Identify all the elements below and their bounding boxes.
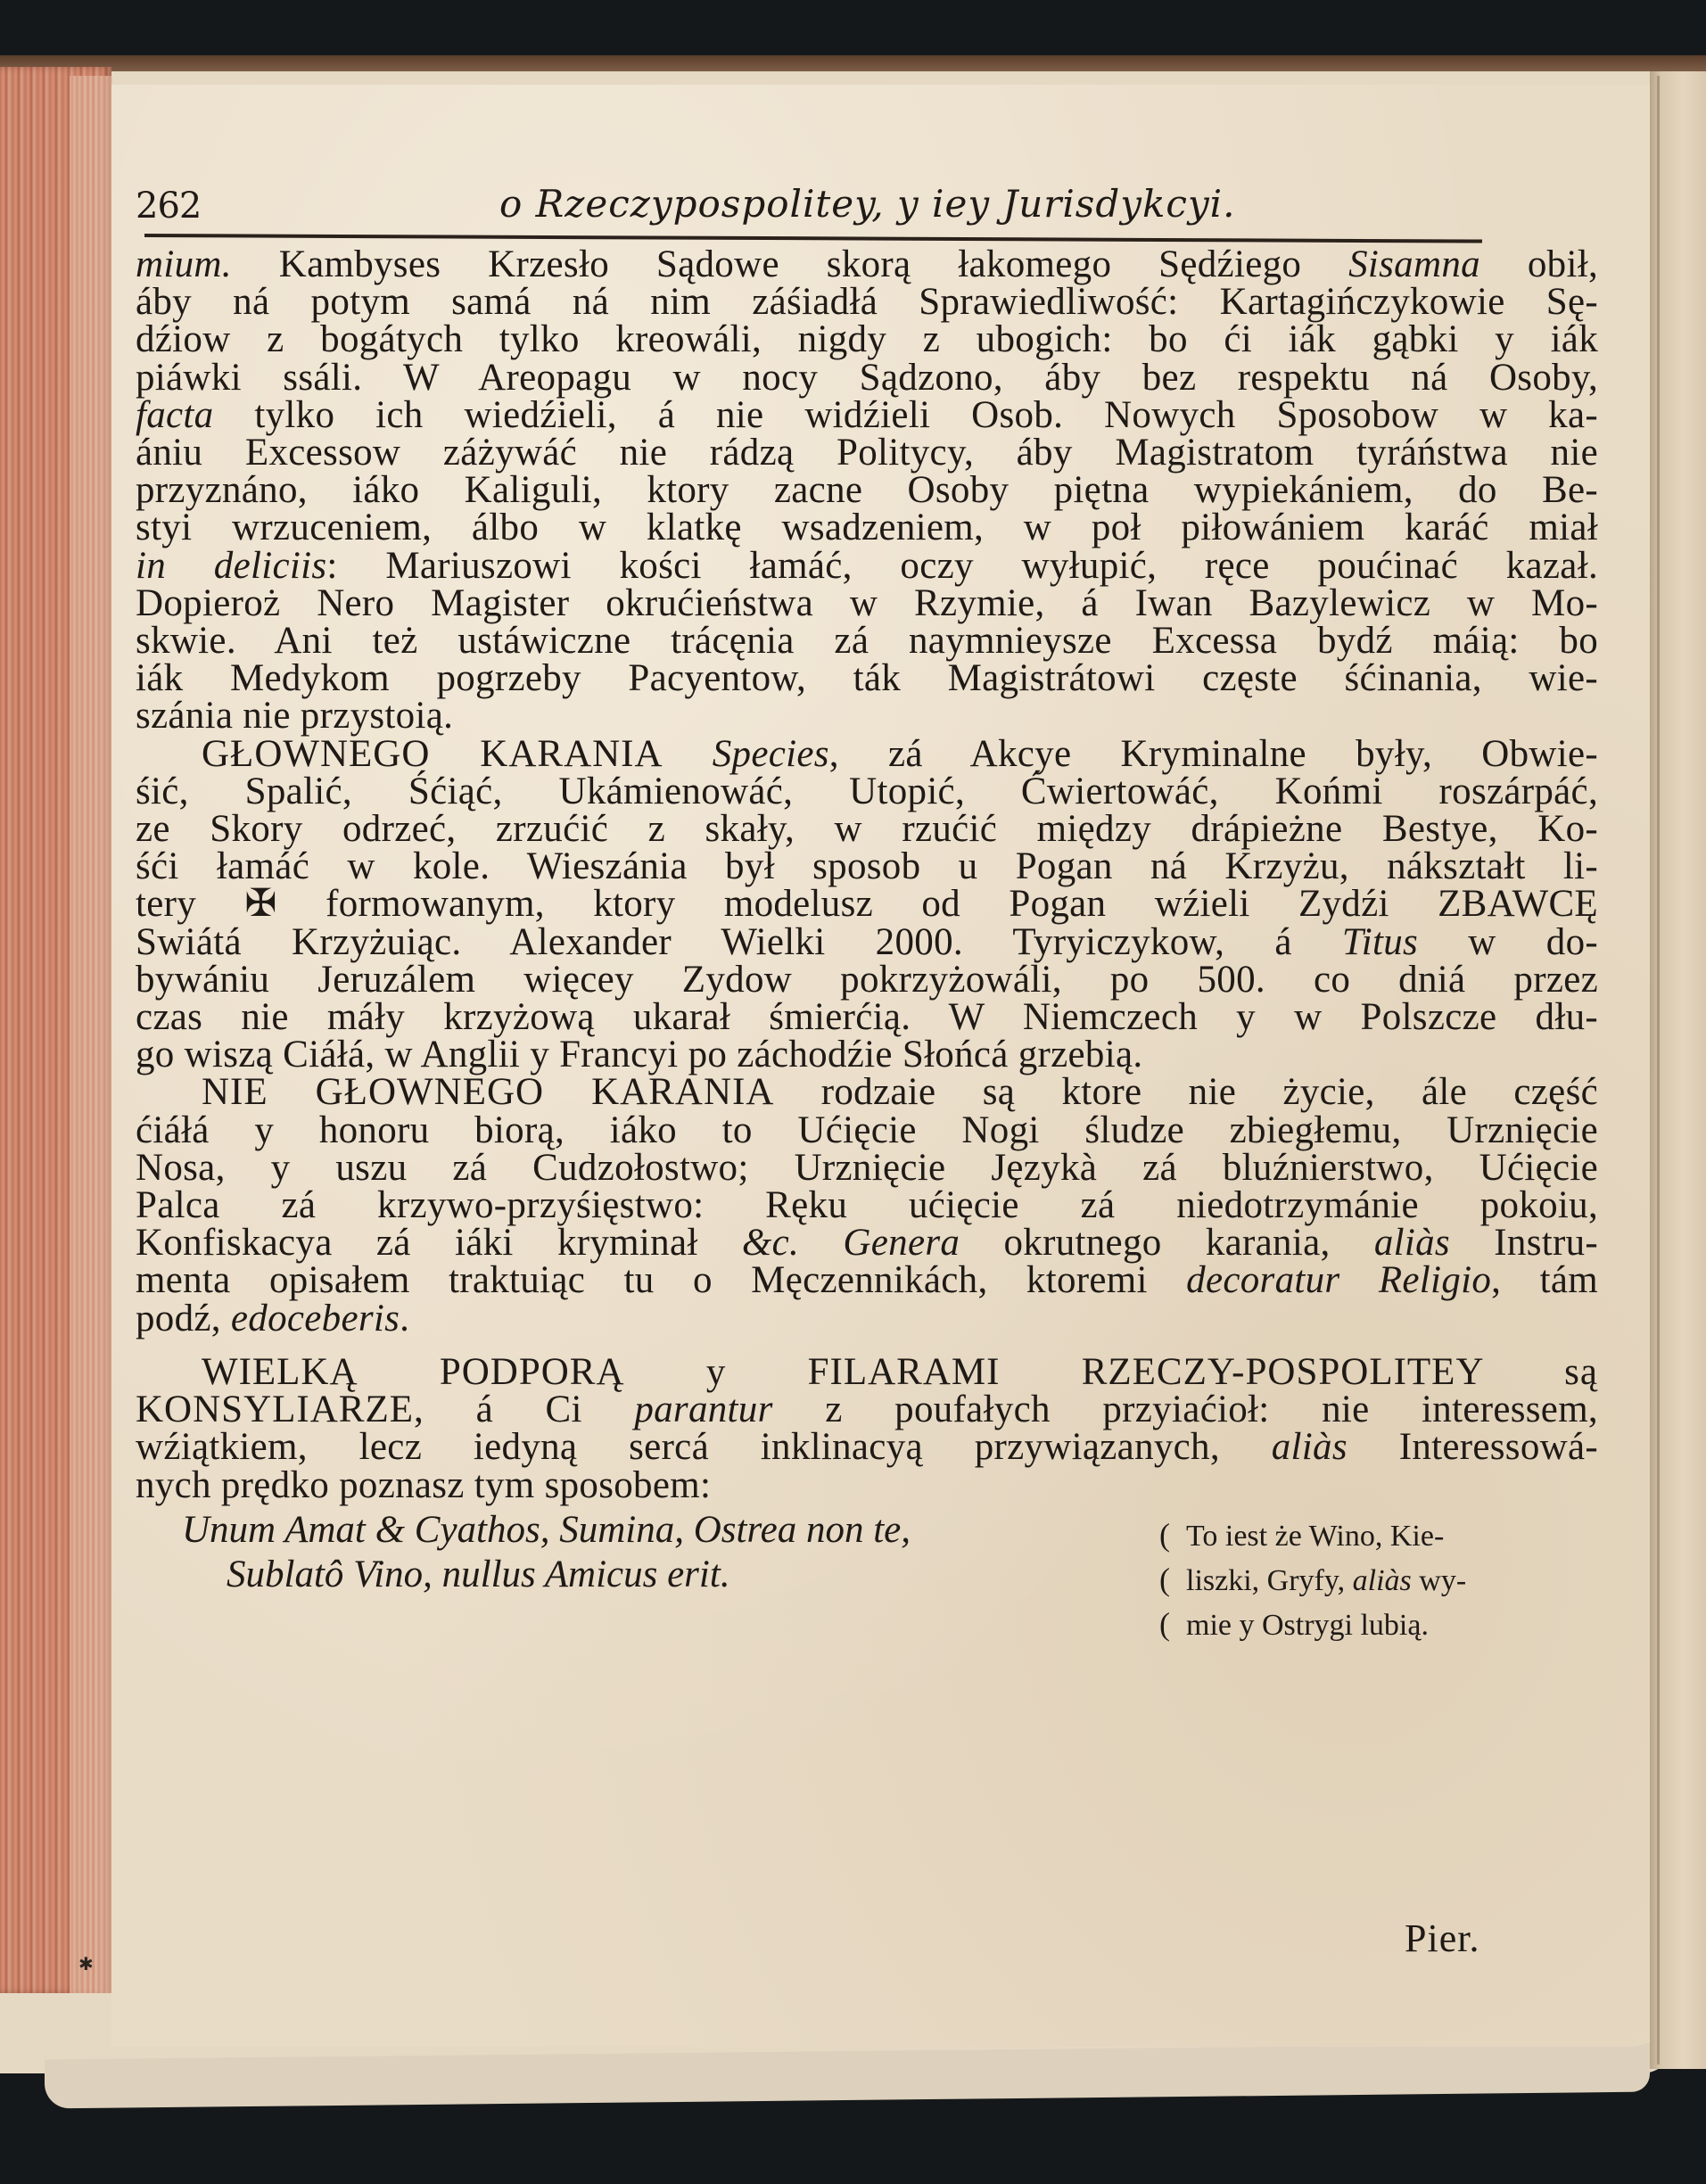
text-segment [799,1222,843,1264]
italic-segment: decoratur Religio [1186,1259,1491,1301]
text-line: go wiszą Ciáłá, w Anglii y Francyi po zá… [136,1036,1598,1074]
text-segment: mie y Ostrygi lubią. [1186,1609,1429,1642]
text-segment: skwie. Ani też ustáwiczne trácęnia zá na… [136,620,1598,662]
italic-segment: Titus [1342,921,1418,963]
text-line: GŁOWNEGO KARANIA Species, zá Akcye Krymi… [136,736,1598,773]
italic-segment: Genera [843,1222,960,1264]
text-line: in deliciis: Mariuszowi kości łamáć, ocz… [136,548,1598,585]
verse-block: Unum Amat & Cyathos, Sumina, Ostrea non … [136,1508,1598,1642]
text-segment: ániu Excessow záżywáć nie rádzą Politycy… [136,432,1598,474]
text-segment: menta opisałem traktuiąc tu o Męczenniká… [136,1259,1186,1301]
text-segment: przyznáno, iáko Kaliguli, ktory zacne Os… [136,469,1598,511]
page-text: 262 o Rzeczypospolitey, y iey Jurisdykcy… [136,178,1598,1642]
header-rule [144,234,1482,243]
text-segment: śić, Spalić, Śćiąć, Ukámienowáć, Utopić,… [136,771,1598,812]
text-segment: tery ✠ formowanym, ktory modelusz od Pog… [136,883,1598,925]
text-segment: : Mariuszowi kości łamáć, oczy wyłupić, … [326,545,1598,587]
text-line: ze Skory odrzeć, zrzućić z skały, w rzuć… [136,811,1598,848]
gloss-line: (mie y Ostrygi lubią. [1159,1603,1466,1647]
text-segment: , zá Akcye Kryminalne były, Obwie- [829,733,1598,775]
italic-segment: mium. [136,243,232,285]
text-segment: Nosa, y uszu zá Cudzołostwo; Urznięcie J… [136,1147,1598,1189]
text-line: szánia nie przystoią. [136,697,1598,735]
italic-segment: aliàs [1374,1222,1450,1264]
text-line: mium. Kambyses Krzesło Sądowe skorą łako… [136,246,1598,284]
text-line: piáwki ssáli. W Areopagu w nocy Sądzono,… [136,359,1598,397]
text-segment: styi wrzuceniem, álbo w klatkę wsadzenie… [136,507,1598,548]
caps-heading-segment: WIELKĄ PODPORĄ y FILARAMI RZECZY-POSPOLI… [202,1351,1598,1393]
italic-segment: edoceberis [231,1298,400,1339]
text-segment: Dopieroż Nero Magister okrućieństwa w Rz… [136,582,1598,624]
latin-distich: Unum Amat & Cyathos, Sumina, Ostrea non … [182,1508,911,1597]
text-line: ćiáłá y honoru biorą, iáko to Ućięcie No… [136,1112,1598,1150]
italic-segment: Species [713,733,829,775]
caps-heading-segment: GŁOWNEGO KARANIA [202,733,663,775]
running-head: 262 o Rzeczypospolitey, y iey Jurisdykcy… [136,178,1598,234]
text-segment: áby ná potym samá ná nim záśiadłá Sprawi… [136,281,1598,323]
text-line: czas nie máły krzyżową ukarał śmierćią. … [136,999,1598,1036]
text-segment: , á Ci [414,1389,634,1430]
text-line: iák Medykom pogrzeby Pacyentow, ták Magi… [136,660,1598,697]
text-line: przyznáno, iáko Kaliguli, ktory zacne Os… [136,472,1598,509]
italic-segment: aliàs [1353,1564,1412,1597]
text-segment: Instru- [1450,1222,1598,1264]
italic-segment: Sisamna [1348,243,1480,285]
text-segment: Konfiskacya zá iáki kryminał [136,1222,742,1264]
caps-heading-segment: KONSYLIARZE [136,1389,414,1430]
text-segment: wy- [1412,1564,1466,1597]
text-segment: piáwki ssáli. W Areopagu w nocy Sądzono,… [136,357,1598,399]
gloss-line: (To iest że Wino, Kie- [1159,1513,1466,1558]
text-segment: To iest że Wino, Kie- [1186,1520,1444,1553]
body-paragraphs: mium. Kambyses Krzesło Sądowe skorą łako… [136,246,1598,1504]
text-segment: iák Medykom pogrzeby Pacyentow, ták Magi… [136,657,1598,699]
running-title: o Rzeczypospolitey, y iey Jurisdykcyi. [499,182,1235,226]
gutter-fold-line [1657,76,1660,2064]
text-line: bywániu Jeruzálem więcey Zydow pokrzyżow… [136,961,1598,999]
text-line: dźiow z bogátych tylko kreowáli, nigdy z… [136,321,1598,359]
italic-segment: in deliciis [136,545,326,587]
text-segment: okrutnego karania, [960,1222,1374,1264]
verse-line-1: Unum Amat & Cyathos, Sumina, Ostrea non … [182,1508,911,1553]
text-line: facta tylko ich wiedźieli, á nie widźiel… [136,397,1598,434]
gloss-line: (liszki, Gryfy, aliàs wy- [1159,1558,1466,1603]
text-line: Swiátá Krzyżuiąc. Alexander Wielki 2000.… [136,924,1598,961]
text-line: wźiątkiem, lecz iedyną sercá inklinacyą … [136,1429,1598,1466]
text-segment: . [400,1298,409,1339]
text-segment: Swiátá Krzyżuiąc. Alexander Wielki 2000.… [136,921,1342,963]
ink-smudge: ✱ [78,1953,94,1974]
text-segment: ze Skory odrzeć, zrzućić z skały, w rzuć… [136,808,1598,850]
text-line: skwie. Ani też ustáwiczne trácęnia zá na… [136,622,1598,660]
italic-segment: &c. [742,1222,799,1264]
fore-edge-highlight [70,76,112,1993]
text-segment: ćiáłá y honoru biorą, iáko to Ućięcie No… [136,1109,1598,1151]
caps-heading-segment: NIE GŁOWNEGO KARANIA [202,1071,774,1113]
text-segment: Kambyses Krzesło Sądowe skorą łakomego S… [232,243,1348,285]
text-segment: go wiszą Ciáłá, w Anglii y Francyi po zá… [136,1034,1142,1076]
text-segment: Palca zá krzywo-przyśięstwo: Ręku ućięci… [136,1184,1598,1226]
text-line: nych prędko poznasz tym sposobem: [136,1467,1598,1504]
text-line: śći łamáć w kole. Wieszánia był sposob u… [136,848,1598,886]
italic-segment: parantur [634,1389,772,1430]
text-segment: śći łamáć w kole. Wieszánia był sposob u… [136,845,1598,887]
italic-segment: facta [136,394,213,436]
text-line: menta opisałem traktuiąc tu o Męczenniká… [136,1262,1598,1299]
text-line: podź, edoceberis. [136,1300,1598,1338]
text-line: WIELKĄ PODPORĄ y FILARAMI RZECZY-POSPOLI… [136,1354,1598,1391]
text-segment [663,733,713,775]
page-number: 262 [136,185,201,227]
text-segment: podź, [136,1298,231,1339]
bracket-mark: ( [1159,1513,1186,1556]
text-line: áby ná potym samá ná nim záśiadłá Sprawi… [136,284,1598,321]
text-segment: obił, [1480,243,1598,285]
text-segment: w do- [1418,921,1598,963]
text-segment: szánia nie przystoią. [136,695,453,737]
text-segment: wźiątkiem, lecz iedyną sercá inklinacyą … [136,1426,1272,1468]
bracket-mark: ( [1159,1603,1186,1645]
text-segment: rodzaie są ktore nie życie, ále część [774,1071,1598,1113]
text-line: Nosa, y uszu zá Cudzołostwo; Urznięcie J… [136,1150,1598,1187]
text-segment: tylko ich wiedźieli, á nie widźieli Osob… [213,394,1598,436]
text-line: śić, Spalić, Śćiąć, Ukámienowáć, Utopić,… [136,773,1598,811]
text-line: Palca zá krzywo-przyśięstwo: Ręku ućięci… [136,1187,1598,1224]
text-line: KONSYLIARZE, á Ci parantur z poufałych p… [136,1391,1598,1429]
text-line: ániu Excessow záżywáć nie rádzą Politycy… [136,434,1598,472]
italic-segment: aliàs [1272,1426,1347,1468]
bracket-mark: ( [1159,1558,1186,1601]
text-line: Konfiskacya zá iáki kryminał &c. Genera … [136,1224,1598,1262]
text-segment: nych prędko poznasz tym sposobem: [136,1464,711,1506]
text-line: styi wrzuceniem, álbo w klatkę wsadzenie… [136,509,1598,547]
text-line: NIE GŁOWNEGO KARANIA rodzaie są ktore ni… [136,1074,1598,1111]
text-segment: dźiow z bogátych tylko kreowáli, nigdy z… [136,318,1598,360]
text-line: Dopieroż Nero Magister okrućieństwa w Rz… [136,585,1598,622]
text-segment: Interessowá- [1347,1426,1598,1468]
text-line: tery ✠ formowanym, ktory modelusz od Pog… [136,886,1598,923]
text-segment: liszki, Gryfy, [1186,1564,1353,1597]
text-segment: , tám [1491,1259,1598,1301]
verse-gloss: (To iest że Wino, Kie-(liszki, Gryfy, al… [1159,1513,1466,1647]
text-segment: bywániu Jeruzálem więcey Zydow pokrzyżow… [136,959,1598,1001]
text-segment: z poufałych przyiaćioł: nie interessem, [773,1389,1598,1430]
verse-line-2: Sublatô Vino, nullus Amicus erit. [182,1553,911,1597]
text-segment: czas nie máły krzyżową ukarał śmierćią. … [136,996,1598,1038]
catchword: Pier. [1405,1916,1479,1961]
